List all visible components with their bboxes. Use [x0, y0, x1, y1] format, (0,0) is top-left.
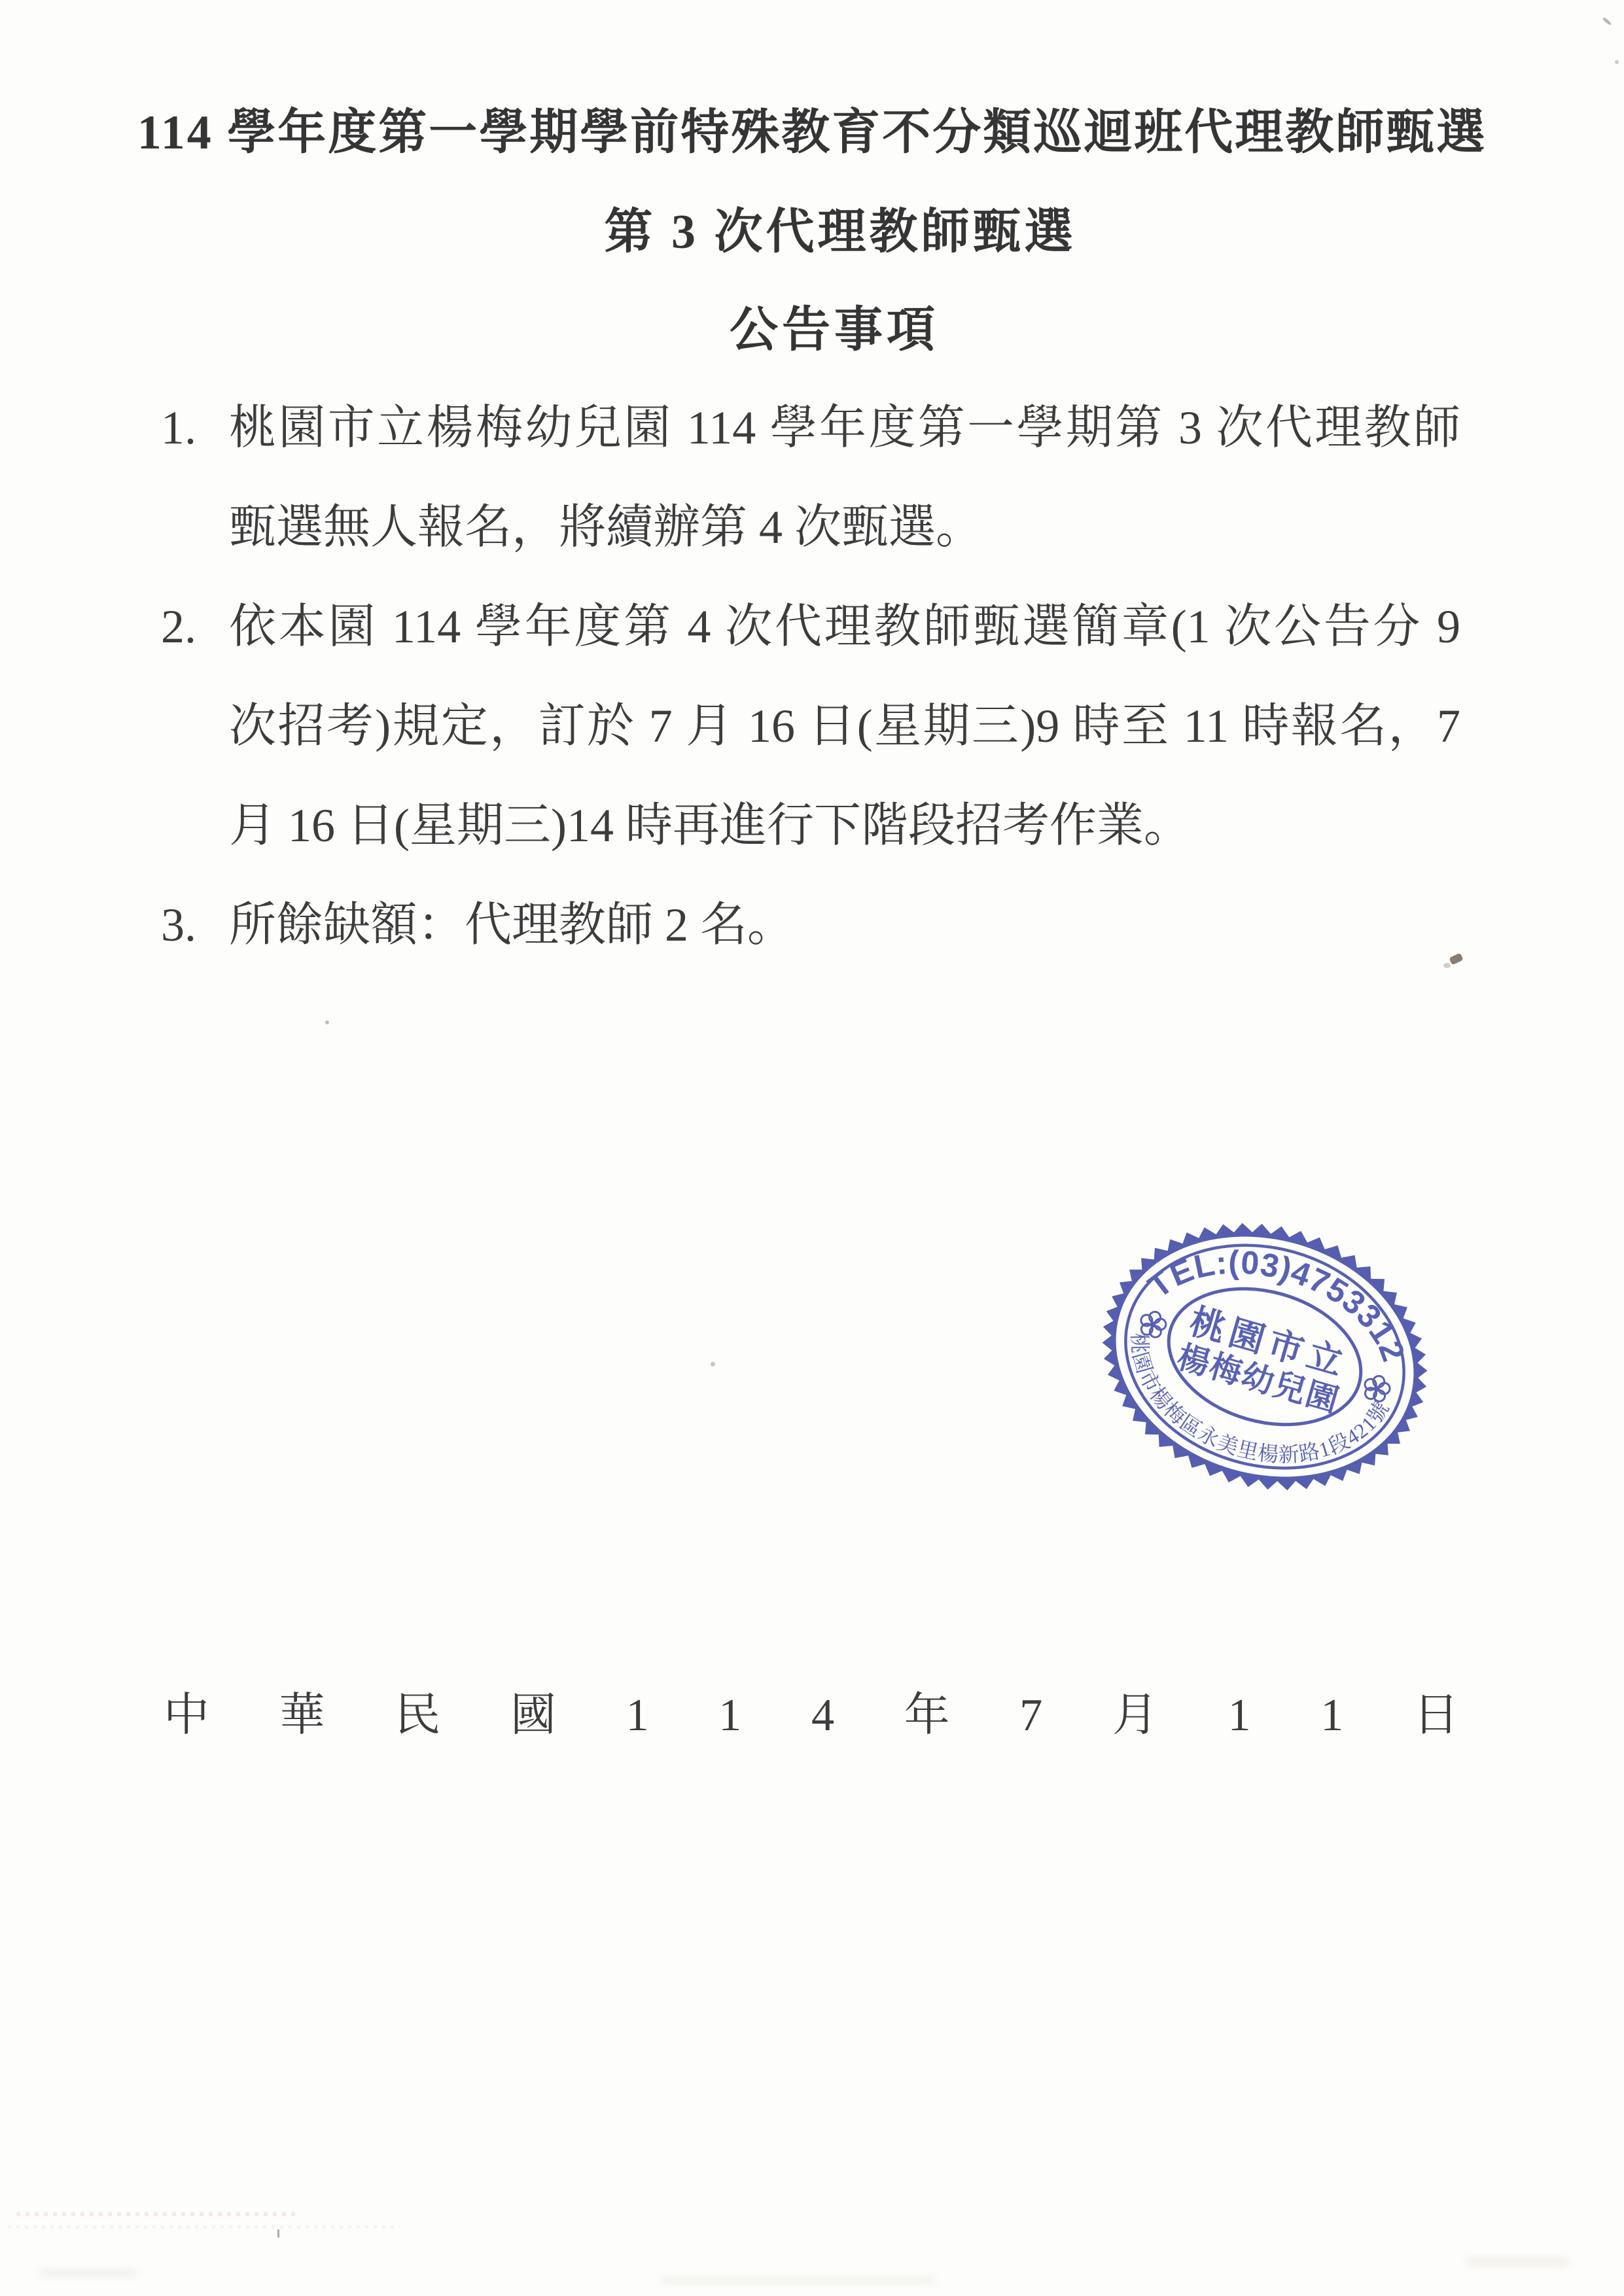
date-line: 中 華 民 國 1 1 4 年 7 月 1 1 日 — [164, 1680, 1459, 1752]
list-item-3: 3. 所餘缺額：代理教師 2 名。 — [161, 875, 1460, 975]
title-line-3: 公告事項 — [44, 281, 1624, 379]
date-glyph: 國 — [510, 1680, 556, 1752]
official-stamp: TEL:(03)4753312 桃園市楊梅區永美里楊新路1段421號 桃園市立 … — [1088, 1213, 1441, 1501]
date-glyph: 年 — [904, 1680, 950, 1752]
stamp-svg: TEL:(03)4753312 桃園市楊梅區永美里楊新路1段421號 桃園市立 … — [1088, 1213, 1441, 1501]
date-glyph: 1 — [1320, 1680, 1343, 1752]
item-line: 桃園市立楊梅幼兒園 114 學年度第一學期第 3 次代理教師 — [229, 378, 1460, 478]
scan-speck — [1443, 963, 1451, 968]
scan-streak — [16, 2212, 298, 2216]
date-glyph: 華 — [279, 1680, 325, 1752]
scan-speck — [1615, 60, 1619, 64]
item-number: 2. — [161, 577, 196, 676]
date-glyph: 1 — [626, 1680, 649, 1752]
item-number: 1. — [161, 378, 196, 478]
date-glyph: 中 — [164, 1680, 209, 1752]
title-line-1: 114 學年度第一學期學前特殊教育不分類巡迴班代理教師甄選 — [0, 84, 1624, 182]
date-glyph: 日 — [1413, 1680, 1459, 1752]
scan-speck — [277, 2229, 279, 2238]
scanned-announcement-page: 114 學年度第一學期學前特殊教育不分類巡迴班代理教師甄選 第 3 次代理教師甄… — [0, 0, 1624, 2296]
date-glyph: 1 — [718, 1680, 741, 1752]
list-item-1: 1. 桃園市立楊梅幼兒園 114 學年度第一學期第 3 次代理教師 甄選無人報名… — [161, 378, 1460, 577]
title-line-2: 第 3 次代理教師甄選 — [56, 183, 1624, 281]
scan-streak — [8, 2225, 400, 2229]
list-item-2: 2. 依本園 114 學年度第 4 次代理教師甄選簡章(1 次公告分 9 次招考… — [161, 577, 1460, 875]
item-line: 依本園 114 學年度第 4 次代理教師甄選簡章(1 次公告分 9 — [229, 577, 1460, 676]
item-line: 次招考)規定，訂於 7 月 16 日(星期三)9 時至 11 時報名，7 — [229, 676, 1460, 776]
item-line: 所餘缺額：代理教師 2 名。 — [229, 875, 1460, 975]
date-glyph: 民 — [395, 1680, 440, 1752]
scan-smudge — [661, 2276, 936, 2284]
scan-smudge — [1466, 2257, 1570, 2267]
date-glyph: 月 — [1112, 1680, 1158, 1752]
scan-speck — [325, 1020, 329, 1024]
item-line: 月 16 日(星期三)14 時再進行下階段招考作業。 — [229, 776, 1460, 875]
date-glyph: 1 — [1228, 1680, 1251, 1752]
scan-speck — [1602, 16, 1612, 26]
date-glyph: 4 — [811, 1680, 834, 1752]
item-number: 3. — [161, 875, 196, 975]
scan-speck — [711, 1362, 715, 1366]
scan-smudge — [39, 2269, 137, 2278]
date-glyph: 7 — [1019, 1680, 1042, 1752]
announcement-list: 1. 桃園市立楊梅幼兒園 114 學年度第一學期第 3 次代理教師 甄選無人報名… — [161, 378, 1460, 975]
item-line: 甄選無人報名，將續辦第 4 次甄選。 — [229, 478, 1460, 577]
